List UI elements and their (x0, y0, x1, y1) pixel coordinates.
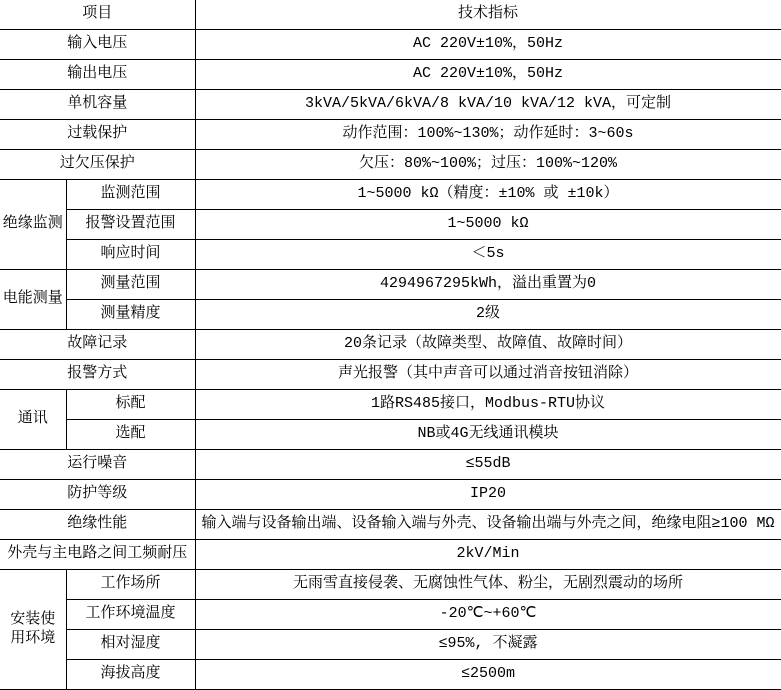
value-cell: NB或4G无线通讯模块 (195, 420, 781, 450)
value-cell: 2级 (195, 300, 781, 330)
label-cell: 相对湿度 (66, 630, 195, 660)
table-row: 故障记录 20条记录（故障类型、故障值、故障时间） (0, 330, 781, 360)
table-row: 响应时间 ＜5s (0, 240, 781, 270)
value-cell: 2kV/Min (195, 540, 781, 570)
table-row: 过载保护 动作范围：100%~130%；动作延时：3~60s (0, 120, 781, 150)
label-cell: 海拔高度 (66, 660, 195, 690)
table-row: 通讯 标配 1路RS485接口，Modbus-RTU协议 (0, 390, 781, 420)
label-cell: 过载保护 (0, 120, 195, 150)
table-row: 外壳与主电路之间工频耐压 2kV/Min (0, 540, 781, 570)
label-cell: 工作环境温度 (66, 600, 195, 630)
value-cell: 1路RS485接口，Modbus-RTU协议 (195, 390, 781, 420)
group-cell: 电能测量 (0, 270, 66, 330)
table-row: 报警方式 声光报警（其中声音可以通过消音按钮消除） (0, 360, 781, 390)
value-cell: 1~5000 kΩ（精度：±10% 或 ±10k） (195, 180, 781, 210)
value-cell: 无雨雪直接侵袭、无腐蚀性气体、粉尘，无剧烈震动的场所 (195, 570, 781, 600)
table-row: 防护等级 IP20 (0, 480, 781, 510)
label-cell: 标配 (66, 390, 195, 420)
value-cell: 20条记录（故障类型、故障值、故障时间） (195, 330, 781, 360)
value-cell: 1~5000 kΩ (195, 210, 781, 240)
table-row: 海拔高度 ≤2500m (0, 660, 781, 690)
group-cell: 绝缘监测 (0, 180, 66, 270)
label-cell: 测量精度 (66, 300, 195, 330)
label-cell: 工作场所 (66, 570, 195, 600)
table-row: 输入电压 AC 220V±10%，50Hz (0, 30, 781, 60)
label-cell: 过欠压保护 (0, 150, 195, 180)
label-cell: 输出电压 (0, 60, 195, 90)
table-header-row: 项目 技术指标 (0, 0, 781, 30)
table-row: 报警设置范围 1~5000 kΩ (0, 210, 781, 240)
value-cell: 输入端与设备输出端、设备输入端与外壳、设备输出端与外壳之间，绝缘电阻≥100 M… (195, 510, 781, 540)
value-cell: ＜5s (195, 240, 781, 270)
table-row: 选配 NB或4G无线通讯模块 (0, 420, 781, 450)
label-cell: 响应时间 (66, 240, 195, 270)
header-item: 项目 (0, 0, 195, 30)
value-cell: ≤2500m (195, 660, 781, 690)
value-cell: ≤95%, 不凝露 (195, 630, 781, 660)
table-row: 电能测量 测量范围 4294967295kWh，溢出重置为0 (0, 270, 781, 300)
value-cell: 动作范围：100%~130%；动作延时：3~60s (195, 120, 781, 150)
table-row: 安装使用环境 工作场所 无雨雪直接侵袭、无腐蚀性气体、粉尘，无剧烈震动的场所 (0, 570, 781, 600)
value-cell: ≤55dB (195, 450, 781, 480)
table-row: 相对湿度 ≤95%, 不凝露 (0, 630, 781, 660)
table-row: 绝缘监测 监测范围 1~5000 kΩ（精度：±10% 或 ±10k） (0, 180, 781, 210)
label-cell: 输入电压 (0, 30, 195, 60)
label-cell: 运行噪音 (0, 450, 195, 480)
label-cell: 故障记录 (0, 330, 195, 360)
table-row: 测量精度 2级 (0, 300, 781, 330)
table-row: 单机容量 3kVA/5kVA/6kVA/8 kVA/10 kVA/12 kVA，… (0, 90, 781, 120)
table-row: 过欠压保护 欠压：80%~100%；过压：100%~120% (0, 150, 781, 180)
label-cell: 防护等级 (0, 480, 195, 510)
table-row: 运行噪音 ≤55dB (0, 450, 781, 480)
label-cell: 报警方式 (0, 360, 195, 390)
table-row: 工作环境温度 -20℃~+60℃ (0, 600, 781, 630)
label-cell: 报警设置范围 (66, 210, 195, 240)
label-cell: 测量范围 (66, 270, 195, 300)
table-row: 绝缘性能 输入端与设备输出端、设备输入端与外壳、设备输出端与外壳之间，绝缘电阻≥… (0, 510, 781, 540)
value-cell: IP20 (195, 480, 781, 510)
value-cell: AC 220V±10%，50Hz (195, 60, 781, 90)
spec-table: 项目 技术指标 输入电压 AC 220V±10%，50Hz 输出电压 AC 22… (0, 0, 781, 690)
table-row: 输出电压 AC 220V±10%，50Hz (0, 60, 781, 90)
group-cell: 通讯 (0, 390, 66, 450)
group-cell: 安装使用环境 (0, 570, 66, 690)
value-cell: 4294967295kWh，溢出重置为0 (195, 270, 781, 300)
label-cell: 绝缘性能 (0, 510, 195, 540)
label-cell: 单机容量 (0, 90, 195, 120)
value-cell: 3kVA/5kVA/6kVA/8 kVA/10 kVA/12 kVA，可定制 (195, 90, 781, 120)
value-cell: 欠压：80%~100%；过压：100%~120% (195, 150, 781, 180)
label-cell: 选配 (66, 420, 195, 450)
value-cell: -20℃~+60℃ (195, 600, 781, 630)
label-cell: 外壳与主电路之间工频耐压 (0, 540, 195, 570)
header-spec: 技术指标 (195, 0, 781, 30)
value-cell: 声光报警（其中声音可以通过消音按钮消除） (195, 360, 781, 390)
label-cell: 监测范围 (66, 180, 195, 210)
value-cell: AC 220V±10%，50Hz (195, 30, 781, 60)
